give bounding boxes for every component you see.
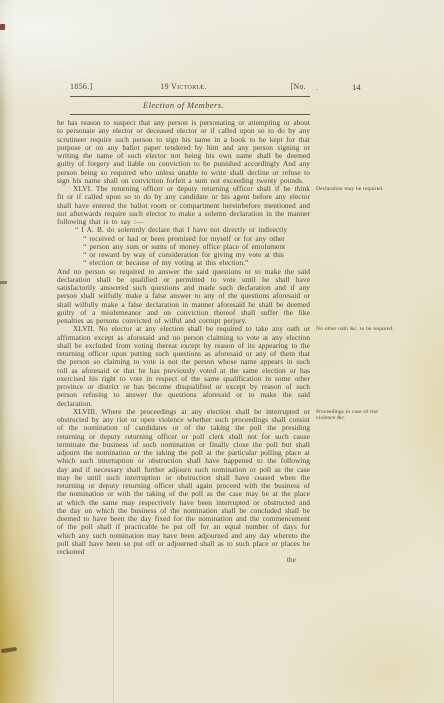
header-number-bracket: [No. [290, 82, 306, 91]
body-text-block: he has reason to suspect that any person… [57, 119, 310, 565]
page-header: 1856.] 19 Victoriæ. [No. . [57, 82, 310, 94]
edge-tear-mark [1, 647, 17, 653]
title-rule [70, 114, 310, 115]
paragraph-text: And no person so required to answer the … [57, 268, 310, 326]
paper-fold-line [113, 560, 114, 703]
edge-dash-mark [0, 281, 7, 284]
paragraph-section-46: XLVI. The returning officer or deputy re… [57, 185, 310, 226]
paragraph-text: he has reason to suspect that any person… [57, 119, 310, 185]
header-regnal-title: 19 Victoriæ. [57, 82, 310, 91]
running-title: Election of Members. [57, 100, 310, 110]
margin-note-declaration: Declaration may be required. [316, 186, 398, 192]
page-number: 14 [352, 82, 361, 92]
header-rule [70, 96, 310, 97]
margin-note-no-other-oath: No other oath &c. to be required. [316, 326, 398, 332]
paragraph-section-48: XLVIII. Where the proceedings at any ele… [57, 408, 310, 557]
paragraph-section-47: XLVII. No elector at any election shall … [57, 325, 310, 408]
paragraph-text: XLVII. No elector at any election shall … [57, 325, 310, 408]
paragraph-declaration-consequences: And no person so required to answer the … [57, 268, 310, 326]
red-edge-mark [0, 24, 5, 30]
paragraph-text: XLVIII. Where the proceedings at any ele… [57, 408, 310, 557]
margin-note-riot-proceedings: Proceedings in case of riot violence &c. [316, 409, 398, 421]
paragraph-text: XLVI. The returning officer or deputy re… [57, 185, 310, 226]
declaration-quote-block: “ I A. B. do solemnly declare that I hav… [57, 226, 310, 267]
paragraph-continuation: he has reason to suspect that any person… [57, 119, 310, 185]
header-number-dot: . [316, 84, 318, 92]
catchword: the [57, 556, 310, 564]
scanned-document-page: 1856.] 19 Victoriæ. [No. . 14 Election o… [0, 0, 444, 703]
